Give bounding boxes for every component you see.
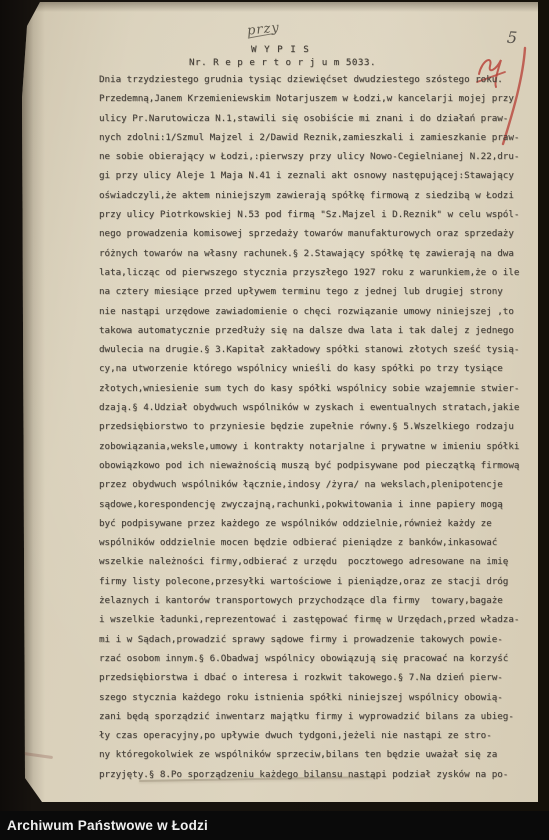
page-number: 5	[506, 28, 517, 48]
paper-top-shadow	[19, 2, 538, 12]
archive-watermark-bar: Archiwum Państwowe w Łodzi	[0, 811, 549, 840]
repertory-number: Nr. R e p e r t o r j u m 5033.	[189, 57, 376, 68]
archive-name-label: Archiwum Państwowe w Łodzi	[0, 818, 208, 833]
deed-body-text: Dnia trzydziestego grudnia tysiąc dziewi…	[99, 70, 531, 784]
pencil-annotation: przy	[246, 20, 280, 37]
document-page: przy 5 W Y P I S Nr. R e p e r t o r j u…	[19, 2, 538, 802]
document-title: W Y P I S	[251, 44, 310, 55]
